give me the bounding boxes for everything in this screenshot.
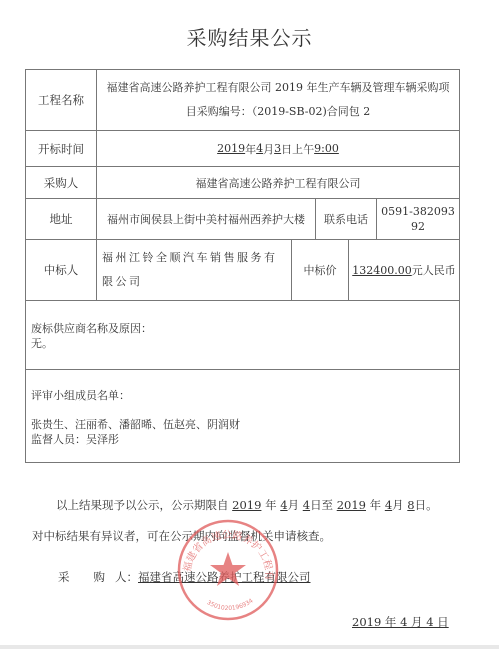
bid-time: 9:00 xyxy=(314,142,339,155)
signature-label-2: 购 xyxy=(94,570,106,584)
bid-month: 4 xyxy=(256,142,263,155)
to-text: 日至 xyxy=(310,498,337,512)
address-label: 地址 xyxy=(26,199,96,239)
project-name-label: 工程名称 xyxy=(26,70,96,130)
bid-day: 3 xyxy=(274,142,281,155)
winner-value: 福州江铃全顺汽车销售服务有限公司 xyxy=(96,240,291,300)
price-unit: 元人民币 xyxy=(412,262,456,278)
objection-notice: 对中标结果有异议者，可在公示期内向监督机关申请核查。 xyxy=(32,528,331,544)
page-bottom-edge xyxy=(0,645,499,649)
row-winner: 中标人 福州江铃全顺汽车销售服务有限公司 中标价 132400.00元人民币 xyxy=(26,239,459,300)
bid-year: 2019 xyxy=(217,142,245,155)
phone-value: 0591-38209392 xyxy=(376,199,459,239)
document-date: 2019 年 4 月 4 日 xyxy=(352,614,449,630)
row-project-name: 工程名称 福建省高速公路养护工程有限公司 2019 年生产车辆及管理车辆采购项 … xyxy=(26,70,459,130)
notice-period: 以上结果现予以公示，公示期限自 2019 年 4月 4日至 2019 年 4月 … xyxy=(56,497,438,513)
day-char: 日上午 xyxy=(281,141,314,157)
signature-label-1: 采 xyxy=(58,570,70,584)
price-value: 132400.00元人民币 xyxy=(348,240,459,300)
start-day: 4 xyxy=(303,498,310,512)
end-year: 2019 xyxy=(337,498,366,512)
document-page: 采购结果公示 工程名称 福建省高速公路养护工程有限公司 2019 年生产车辆及管… xyxy=(0,0,499,645)
project-name-line2: 目采购编号：（2019-SB-02)合同包 2 xyxy=(107,100,450,124)
signature-line: 采购人：福建省高速公路养护工程有限公司 xyxy=(58,569,311,585)
end-day: 8 xyxy=(407,498,414,512)
results-table: 工程名称 福建省高速公路养护工程有限公司 2019 年生产车辆及管理车辆采购项 … xyxy=(25,69,460,463)
void-bids-value: 无。 xyxy=(31,336,454,351)
review-panel-heading: 评审小组成员名单： xyxy=(31,388,454,403)
month-char: 月 xyxy=(392,498,407,512)
bid-opening-value: 2019 年 4 月 3 日上午 9:00 xyxy=(96,131,459,166)
notice-prefix: 以上结果现予以公示，公示期限自 xyxy=(56,498,232,512)
price-label: 中标价 xyxy=(291,240,348,300)
year-char: 年 xyxy=(245,141,256,157)
review-panel-members: 张贵生、汪丽希、潘韶晞、伍赵亮、阴润财 xyxy=(31,417,454,432)
price-amount: 132400.00 xyxy=(352,264,412,277)
bid-opening-label: 开标时间 xyxy=(26,131,96,166)
document-title: 采购结果公示 xyxy=(0,22,499,51)
purchaser-value: 福建省高速公路养护工程有限公司 xyxy=(96,167,459,198)
row-purchaser: 采购人 福建省高速公路养护工程有限公司 xyxy=(26,166,459,198)
month-char: 月 xyxy=(288,498,303,512)
start-month: 4 xyxy=(280,498,287,512)
row-void-bids: 废标供应商名称及原因： 无。 xyxy=(26,300,459,369)
year-char: 年 xyxy=(366,498,385,512)
row-address: 地址 福州市闽侯县上街中美村福州西养护大楼 联系电话 0591-38209392 xyxy=(26,198,459,239)
end-char: 日。 xyxy=(415,498,438,512)
year-char: 年 xyxy=(261,498,280,512)
phone-label: 联系电话 xyxy=(315,199,376,239)
svg-text:3501020196934: 3501020196934 xyxy=(206,597,255,612)
purchaser-label: 采购人 xyxy=(26,167,96,198)
project-name-line1: 福建省高速公路养护工程有限公司 2019 年生产车辆及管理车辆采购项 xyxy=(107,76,450,100)
month-char: 月 xyxy=(263,141,274,157)
row-bid-opening: 开标时间 2019 年 4 月 3 日上午 9:00 xyxy=(26,130,459,166)
project-name-value: 福建省高速公路养护工程有限公司 2019 年生产车辆及管理车辆采购项 目采购编号… xyxy=(96,70,459,130)
void-bids-heading: 废标供应商名称及原因： xyxy=(31,321,454,336)
review-panel-supervisor: 监督人员：吴泽彤 xyxy=(31,432,454,447)
winner-label: 中标人 xyxy=(26,240,96,300)
address-value: 福州市闽侯县上街中美村福州西养护大楼 xyxy=(96,199,315,239)
start-year: 2019 xyxy=(232,498,261,512)
row-review-panel: 评审小组成员名单： 张贵生、汪丽希、潘韶晞、伍赵亮、阴润财 监督人员：吴泽彤 xyxy=(26,369,459,462)
signature-label-3: 人： xyxy=(115,570,138,584)
signature-value: 福建省高速公路养护工程有限公司 xyxy=(138,570,311,584)
